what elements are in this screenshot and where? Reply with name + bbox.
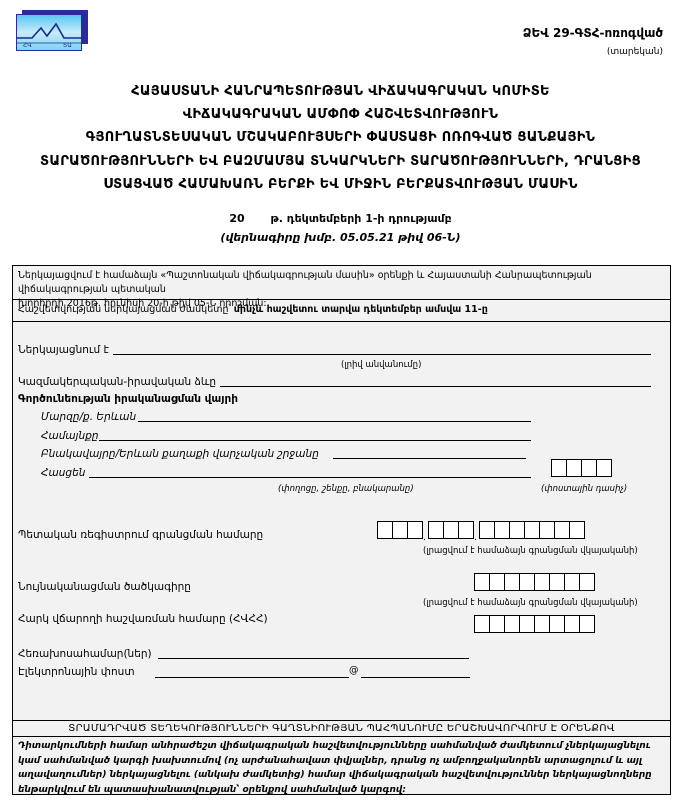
digit-cell[interactable] bbox=[564, 615, 580, 633]
address-hint: (փողոցը, շենքը, բնակարանը) bbox=[278, 484, 414, 494]
deadline-value: մինչև հաշվետու տարվա դեկտեմբեր ամսվա 11-… bbox=[234, 304, 488, 315]
digit-cell[interactable] bbox=[489, 573, 505, 591]
group-separator bbox=[423, 521, 428, 539]
settlement-label: Բնակավայրը/Երևան քաղաքի վարչական շրջանը bbox=[41, 448, 319, 460]
logo-right-label: ՏԱ bbox=[63, 42, 72, 49]
digit-cell[interactable] bbox=[569, 521, 585, 539]
identification-hint: (լրացվում է համաձայն գրանցման վկայականի) bbox=[423, 598, 638, 608]
submission-deadline: Հաշվետվության ներկայացման ժամկետը՝ մինչև… bbox=[13, 300, 670, 322]
tin-label: Հարկ վճարողի հաշվառման համարը (ՀՎՀՀ) bbox=[18, 613, 268, 625]
state-reg-cells[interactable] bbox=[377, 521, 585, 539]
postal-code-cells[interactable] bbox=[551, 459, 612, 477]
digit-cell[interactable] bbox=[524, 521, 540, 539]
intro-line: Ներկայացվում է համաձայն «Պաշտոնական վիճա… bbox=[18, 269, 665, 297]
document-title: ՀԱՅԱՍՏԱՆԻ ՀԱՆՐԱՊԵՏՈՒԹՅԱՆ ՎԻՃԱԿԱԳՐԱԿԱՆ ԿՈ… bbox=[0, 80, 681, 196]
identification-cells[interactable] bbox=[474, 573, 595, 591]
presenter-hint: (լրիվ անվանումը) bbox=[341, 360, 421, 370]
digit-cell[interactable] bbox=[579, 615, 595, 633]
digit-cell[interactable] bbox=[479, 521, 495, 539]
digit-cell[interactable] bbox=[549, 573, 565, 591]
digit-cell[interactable] bbox=[534, 573, 550, 591]
title-line: ԳՅՈՒՂԱՏՆՏԵՍԱԿԱՆ ՄՇԱԿԱԲՈՒՅՍԵՐԻ ՓԱՍՏԱՑԻ ՈՌ… bbox=[0, 126, 681, 149]
state-reg-label: Պետական ռեգիստրում գրանցման համարը bbox=[18, 529, 263, 541]
title-line: ՎԻՃԱԿԱԳՐԱԿԱՆ ԱՄՓՈՓ ՀԱՇՎԵՏՎՈՒԹՅՈՒՆ bbox=[0, 103, 681, 126]
year-prefix[interactable]: 20 bbox=[229, 212, 244, 225]
digit-cell[interactable] bbox=[443, 521, 459, 539]
title-line: ՏԱՐԱԾՈՒԹՅՈՒՆՆԵՐԻ ԵՎ ԲԱԶՄԱՄՅԱ ՏՆԿԱՐԿՆԵՐԻ … bbox=[0, 150, 681, 173]
form-box: Ներկայացվում է համաձայն «Պաշտոնական վիճա… bbox=[12, 265, 671, 795]
group-separator bbox=[474, 521, 479, 539]
deadline-label: Հաշվետվության ներկայացման ժամկետը՝ bbox=[18, 304, 234, 315]
region-label: Մարզը/ք. Երևան bbox=[41, 411, 136, 423]
liability-notice: Դիտարկումների համար անհրաժեշտ վիճակագրակ… bbox=[13, 737, 670, 799]
intro-note: Ներկայացվում է համաձայն «Պաշտոնական վիճա… bbox=[13, 266, 670, 300]
form-period: (տարեկան) bbox=[607, 47, 663, 57]
digit-cell[interactable] bbox=[564, 573, 580, 591]
digit-cell[interactable] bbox=[554, 521, 570, 539]
digit-cell[interactable] bbox=[596, 459, 612, 477]
digit-cell[interactable] bbox=[579, 573, 595, 591]
digit-cell[interactable] bbox=[474, 573, 490, 591]
phone-field[interactable] bbox=[158, 658, 469, 659]
email-user-field[interactable] bbox=[155, 677, 349, 678]
date-line: 20 թ. դեկտեմբերի 1-ի դրությամբ bbox=[0, 212, 681, 225]
digit-cell[interactable] bbox=[504, 573, 520, 591]
digit-cell[interactable] bbox=[407, 521, 423, 539]
digit-cell[interactable] bbox=[428, 521, 444, 539]
statistics-committee-logo: ՀՎ ՏԱ bbox=[16, 10, 72, 45]
digit-cell[interactable] bbox=[489, 615, 505, 633]
location-heading: Գործունեության իրականացման վայրի bbox=[18, 393, 238, 405]
title-line: ՍՏԱՑՎԱԾ ՀԱՄԱԽԱՌՆ ԲԵՐՔԻ ԵՎ ՄԻՋԻՆ ԲԵՐՔԱՏՎՈ… bbox=[0, 173, 681, 196]
digit-cell[interactable] bbox=[519, 615, 535, 633]
phone-label: Հեռախոսահամար(ներ) bbox=[18, 648, 152, 660]
email-at-sign: @ bbox=[349, 665, 359, 676]
address-label: Հասցեն bbox=[41, 467, 85, 479]
digit-cell[interactable] bbox=[566, 459, 582, 477]
community-label: Համայնքը bbox=[41, 430, 99, 442]
version-note: (վերնագիրը խմբ. 05.05.21 թիվ 06-Ն) bbox=[0, 231, 681, 244]
settlement-field[interactable] bbox=[333, 458, 526, 459]
logo-left-label: ՀՎ bbox=[23, 42, 32, 49]
presenter-field[interactable] bbox=[113, 354, 651, 355]
form-code: ՁԵՎ 29-ԳՏՀ-ոռոգված bbox=[523, 26, 663, 40]
identification-label: Նույնականացման ծածկագիրը bbox=[18, 581, 191, 593]
title-line: ՀԱՅԱՍՏԱՆԻ ՀԱՆՐԱՊԵՏՈՒԹՅԱՆ ՎԻՃԱԿԱԳՐԱԿԱՆ ԿՈ… bbox=[0, 80, 681, 103]
digit-cell[interactable] bbox=[377, 521, 393, 539]
digit-cell[interactable] bbox=[474, 615, 490, 633]
date-text: թ. դեկտեմբերի 1-ի դրությամբ bbox=[270, 212, 451, 225]
digit-cell[interactable] bbox=[519, 573, 535, 591]
digit-cell[interactable] bbox=[581, 459, 597, 477]
digit-cell[interactable] bbox=[509, 521, 525, 539]
community-field[interactable] bbox=[99, 440, 531, 441]
legal-form-field[interactable] bbox=[220, 386, 651, 387]
address-field[interactable] bbox=[89, 477, 531, 478]
state-reg-hint: (լրացվում է համաձայն գրանցման վկայականի) bbox=[423, 546, 638, 556]
digit-cell[interactable] bbox=[504, 615, 520, 633]
tin-cells[interactable] bbox=[474, 615, 595, 633]
legal-form-label: Կազմակերպական-իրավական ձևը bbox=[18, 376, 216, 388]
region-field[interactable] bbox=[138, 421, 531, 422]
digit-cell[interactable] bbox=[392, 521, 408, 539]
digit-cell[interactable] bbox=[539, 521, 555, 539]
logo-panel: ՀՎ ՏԱ bbox=[16, 14, 82, 51]
digit-cell[interactable] bbox=[549, 615, 565, 633]
email-label: Էլեկտրոնային փոստ bbox=[18, 666, 135, 678]
digit-cell[interactable] bbox=[551, 459, 567, 477]
digit-cell[interactable] bbox=[534, 615, 550, 633]
postal-code-hint: (փոստային դասիչ) bbox=[541, 484, 627, 494]
presenter-label: Ներկայացնում է bbox=[18, 344, 109, 356]
digit-cell[interactable] bbox=[458, 521, 474, 539]
confidentiality-heading: ՏՐԱՄԱԴՐՎԱԾ ՏԵՂԵԿՈՒԹՅՈՒՆՆԵՐԻ ԳԱՂՏՆԻՈՒԹՅԱՆ… bbox=[13, 720, 670, 737]
digit-cell[interactable] bbox=[494, 521, 510, 539]
email-domain-field[interactable] bbox=[361, 677, 470, 678]
